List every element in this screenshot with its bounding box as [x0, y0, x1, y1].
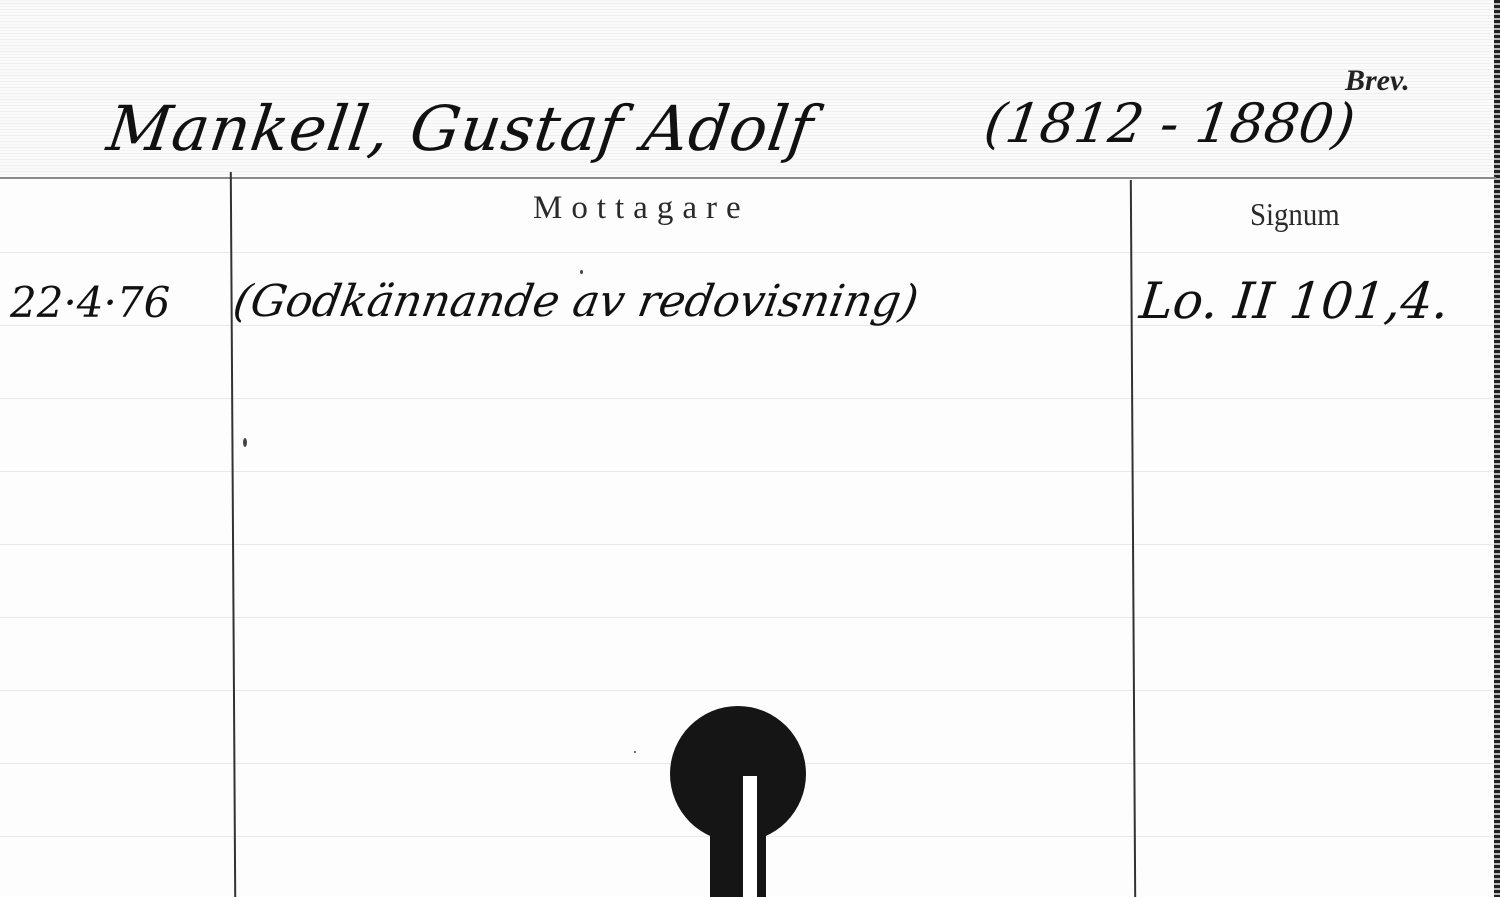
ink-speck: [634, 751, 636, 753]
ink-speck: [243, 438, 247, 447]
ink-speck: [580, 270, 583, 274]
card-right-edge: [1494, 0, 1500, 897]
header-divider: [0, 177, 1496, 179]
recipient-column-header: Mottagare: [533, 190, 750, 227]
entry-date: 22·4·76: [10, 278, 170, 327]
entry-recipient: (Godkännande av redovisning): [230, 276, 923, 327]
card-title-name: Mankell, Gustaf Adolf: [103, 92, 818, 165]
punch-slot-gap: [743, 776, 757, 897]
card-title-dates: (1812 - 1880): [981, 92, 1359, 155]
category-label: Brev.: [1345, 64, 1410, 98]
index-card: Mankell, Gustaf Adolf (1812 - 1880) Brev…: [0, 0, 1500, 897]
signum-column-header: Signum: [1250, 196, 1340, 233]
entry-signum: Lo. II 101,4.: [1137, 272, 1452, 330]
punch-slot: [710, 810, 766, 897]
